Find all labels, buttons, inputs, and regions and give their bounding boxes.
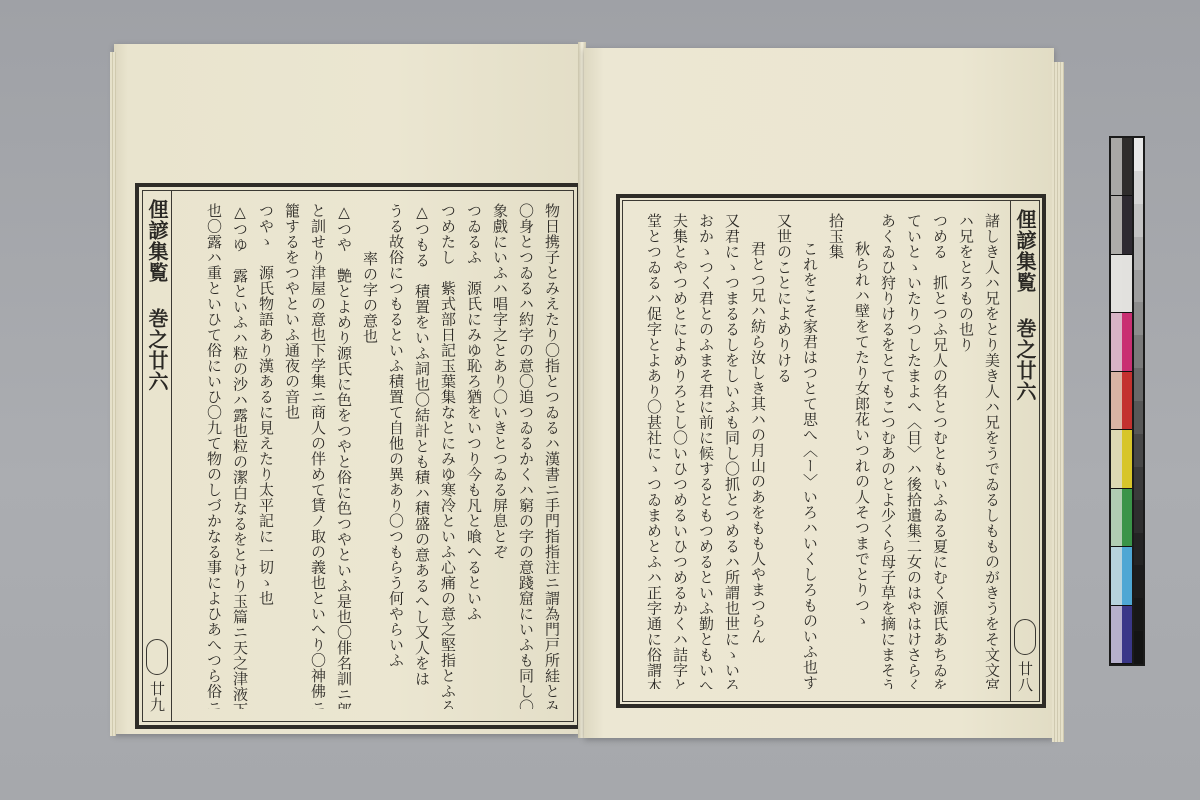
text-column: おかゝつく君とのふまそ君に前に候するともつめるといふ勤ともいへりおほ集をとをつめ xyxy=(693,213,719,689)
patch-dark xyxy=(1122,138,1133,195)
gray-step xyxy=(1134,237,1143,270)
text-column: つやゝ 源氏物語あり漢あるに見えたり太平記に一切ゝ也 xyxy=(253,203,279,709)
gray-step xyxy=(1134,270,1143,303)
text-column: うる故俗につもるといふ積置て自他の異あり〇つもらう何やらいふ xyxy=(383,203,409,709)
right-printed-frame: 俚諺集覧 巻之廿六 廿八 諸しき人ハ兄をとり美き人ハ兄をうでゐるしもものがきうを… xyxy=(622,200,1040,702)
color-calibration-chart xyxy=(1109,136,1145,666)
color-patch xyxy=(1111,313,1132,371)
text-column: 又世のことによめりける xyxy=(771,213,797,689)
patch-dark xyxy=(1122,372,1133,429)
gray-step xyxy=(1134,171,1143,204)
left-running-title: 俚諺集覧 巻之廿六 xyxy=(146,199,168,392)
text-column: 諸しき人ハ兄をとり美き人ハ兄をうでゐるしもものがきうをそ文文宮ハ兄ゝうらも武官 xyxy=(979,213,1005,689)
fishtail-mark-icon xyxy=(146,639,168,675)
text-column: あくゐひ狩りけるをとてもこつむあのとよ少くら母子草を摘にまそうら古今集ニ xyxy=(875,213,901,689)
right-page-edges xyxy=(1052,62,1064,742)
patch-dark xyxy=(1122,430,1133,487)
text-column: △つゆ 露といふハ粒の沙ハ露也粒の潔白なるをとけり玉篇ニ天之津液下潤萬物者 xyxy=(227,203,253,709)
patch-light xyxy=(1111,255,1122,312)
patch-light xyxy=(1111,606,1122,663)
patch-light xyxy=(1111,138,1122,195)
gray-step xyxy=(1134,631,1143,664)
right-page: 俚諺集覧 巻之廿六 廿八 諸しき人ハ兄をとり美き人ハ兄をうでゐるしもものがきうを… xyxy=(584,48,1054,738)
text-column: ていとゝいたりつしたまよへ〈目〉ハ後拾遺集二女のはやはけさらく眼といしめをうまし… xyxy=(901,213,927,689)
patch-light xyxy=(1111,372,1122,429)
text-column: 率の字の意也 xyxy=(357,203,383,709)
gray-step xyxy=(1134,533,1143,566)
text-column: 又君にゝつまるるしをしいふも同し〇抓とつめるハ所謂也世にゝいろハ集ききまるに xyxy=(719,213,745,689)
text-column: △つもる 積置をいふ詞也〇結計とも積ハ積盛の意あるへし又人をは xyxy=(409,203,435,709)
right-folio-number: 廿八 xyxy=(1016,661,1034,693)
text-column: 籠するをつやといふ通夜の音也 xyxy=(279,203,305,709)
patch-dark xyxy=(1122,196,1133,253)
text-column: 秋られハ壁をてたり女郎花いつれの人そつまでとりつゝ xyxy=(849,213,875,689)
left-running-head: 俚諺集覧 巻之廿六 廿九 xyxy=(143,191,172,721)
gray-step xyxy=(1134,401,1143,434)
color-patches xyxy=(1111,138,1132,664)
gray-step xyxy=(1134,204,1143,237)
text-column: 物日携子とみえたり〇指とつゐるハ漢書ニ手門指指注ニ謂為門戸所絓とみえたり xyxy=(539,203,565,709)
left-printed-frame: 俚諺集覧 巻之廿六 廿九 物日携子とみえたり〇指とつゐるハ漢書ニ手門指指注ニ謂為… xyxy=(142,190,574,722)
patch-light xyxy=(1111,489,1122,546)
gray-step xyxy=(1134,368,1143,401)
text-column: 象戲にいふハ唱字之とあり〇いきとつゐる屏息とぞ xyxy=(487,203,513,709)
color-patch xyxy=(1111,430,1132,488)
gray-step xyxy=(1134,434,1143,467)
patch-light xyxy=(1111,547,1122,604)
right-running-title: 俚諺集覧 巻之廿六 xyxy=(1014,209,1036,402)
patch-light xyxy=(1111,196,1122,253)
text-column: と訓せり津屋の意也下学集ニ商人の伴めて賃ノ取の義也といへり〇神佛ニ参 xyxy=(305,203,331,709)
fishtail-mark-icon xyxy=(1014,619,1036,655)
color-patch xyxy=(1111,372,1132,430)
text-column: これをこそ家君はつとて思へ〈ー〉いろハいくしろものいふ也すや xyxy=(797,213,823,689)
patch-dark xyxy=(1122,547,1133,604)
patch-dark xyxy=(1122,255,1133,312)
gray-step xyxy=(1134,302,1143,335)
text-column: 夫集とやつめとによめりろとし〇いひつめるいひつめるかくハ詰字とよめり〇 xyxy=(667,213,693,689)
color-patch xyxy=(1111,196,1132,254)
left-text-columns: 物日携子とみえたり〇指とつゐるハ漢書ニ手門指指注ニ謂為門戸所絓とみえたり 〇身と… xyxy=(177,203,565,709)
text-column: 也〇露ハ重といひて俗にいひ〇九て物のしづかなる事によひあへつら俗ニ云なり xyxy=(201,203,227,709)
gray-step xyxy=(1134,565,1143,598)
gray-step xyxy=(1134,467,1143,500)
color-patch xyxy=(1111,138,1132,196)
patch-dark xyxy=(1122,489,1133,546)
gray-scale-ramp xyxy=(1134,138,1143,664)
gray-step xyxy=(1134,598,1143,631)
gray-step xyxy=(1134,500,1143,533)
color-patch xyxy=(1111,606,1132,664)
patch-dark xyxy=(1122,606,1133,663)
left-page-edges xyxy=(110,52,116,736)
text-column: 拾玉集 xyxy=(823,213,849,689)
text-column: つめたし 紫式部日記玉葉集なとにみゆ寒冷といふ心痛の意之堅指とふるし xyxy=(435,203,461,709)
left-page: 俚諺集覧 巻之廿六 廿九 物日携子とみえたり〇指とつゐるハ漢書ニ手門指指注ニ謂為… xyxy=(114,44,580,734)
text-column: △つや 艶とよめり源氏に色をつやと俗に色つやといふ是也〇俳名訓ニ郎をつや xyxy=(331,203,357,709)
patch-light xyxy=(1111,313,1122,370)
open-book: 俚諺集覧 巻之廿六 廿九 物日携子とみえたり〇指とつゐるハ漢書ニ手門指指注ニ謂為… xyxy=(114,38,1054,738)
right-running-head: 俚諺集覧 巻之廿六 廿八 xyxy=(1010,201,1039,701)
text-column: ハ兄をとろもの也り xyxy=(953,213,979,689)
text-column: つゐるふ 源氏にみゆ恥ろ猶をいつり今も凡と喰へるといふ xyxy=(461,203,487,709)
text-column: つめる 抓とつふ兄人の名とつむともいふゐる夏にむく源氏あちゐをはまらむひなととい… xyxy=(927,213,953,689)
color-patch xyxy=(1111,255,1132,313)
patch-light xyxy=(1111,430,1122,487)
right-text-columns: 諸しき人ハ兄をとり美き人ハ兄をうでゐるしもものがきうをそ文文宮ハ兄ゝうらも武官 … xyxy=(631,213,1005,689)
text-column: 〇身とつゐるハ約字の意〇追つゐるかくハ窮の字の意踐窟にいふも同し〇 xyxy=(513,203,539,709)
gray-step xyxy=(1134,335,1143,368)
left-folio-number: 廿九 xyxy=(148,681,166,713)
text-column: 君とつ兄ハ紡ら汝しき其ハの月山のあをもも人やまつらん xyxy=(745,213,771,689)
gray-step xyxy=(1134,138,1143,171)
color-patch xyxy=(1111,489,1132,547)
patch-dark xyxy=(1122,313,1133,370)
text-column: 堂とつゐるハ促字とよあり〇甚社にゝつゐまめとふハ正字通に俗謂木片閑定器 xyxy=(641,213,667,689)
color-patch xyxy=(1111,547,1132,605)
